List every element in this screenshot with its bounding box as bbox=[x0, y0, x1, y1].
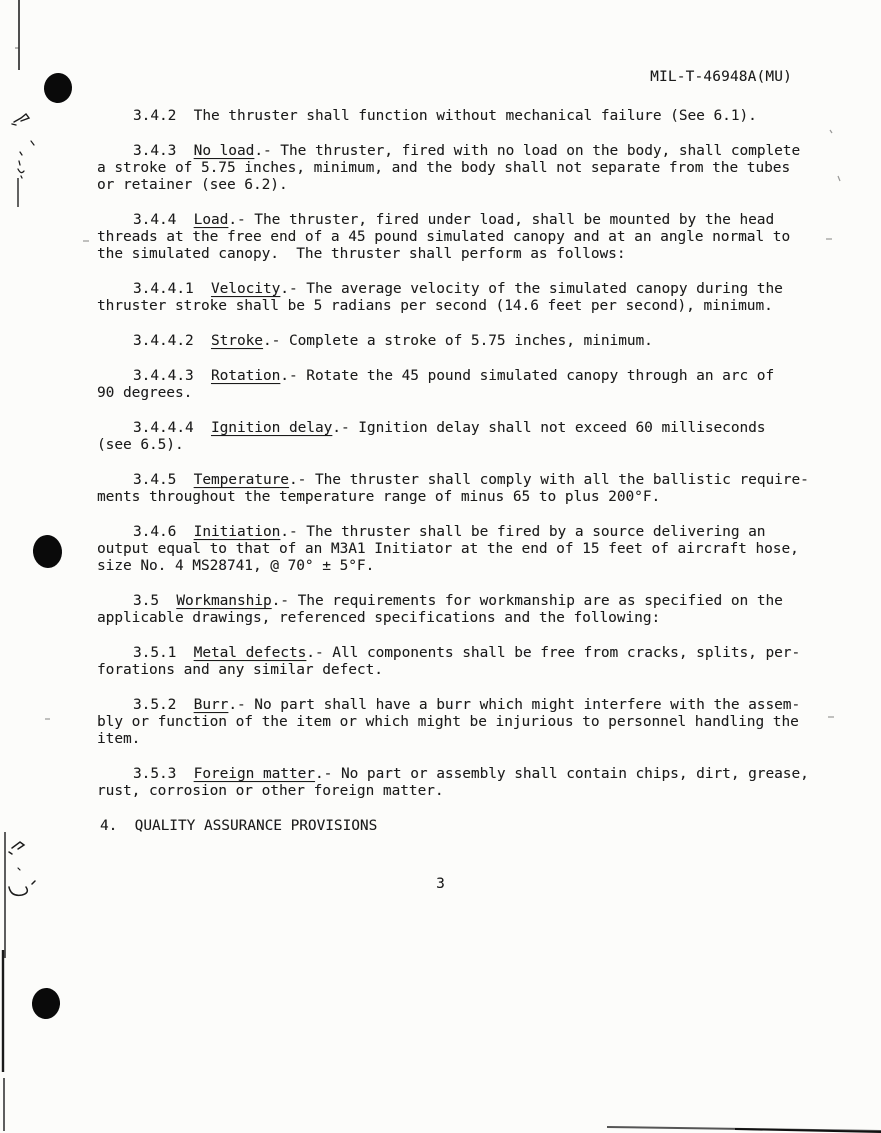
paragraph-title: Burr bbox=[194, 697, 229, 713]
paragraph-title: Stroke bbox=[211, 333, 263, 349]
paragraph-number: 3.5.1 bbox=[133, 645, 194, 661]
paragraph-3-5-3: 3.5.3 Foreign matter.- No part or assemb… bbox=[97, 766, 857, 800]
paragraph-number: 3.5.2 bbox=[133, 697, 194, 713]
paragraph-title: Velocity bbox=[211, 281, 280, 297]
paragraph-3-4-4: 3.4.4 Load.- The thruster, fired under l… bbox=[97, 212, 857, 263]
paragraph-3-5: 3.5 Workmanship.- The requirements for w… bbox=[97, 593, 857, 627]
paragraph-number: 3.5 bbox=[133, 593, 176, 609]
paragraph-3-5-1: 3.5.1 Metal defects.- All components sha… bbox=[97, 645, 857, 679]
paragraph-3-4-2: 3.4.2 The thruster shall function withou… bbox=[97, 108, 857, 125]
scan-edge-line bbox=[607, 1127, 881, 1131]
handwritten-mark bbox=[18, 868, 20, 870]
paragraph-title: Initiation bbox=[194, 524, 281, 540]
document-page: MIL-T-46948A(MU) 3.4.2 The thruster shal… bbox=[0, 0, 881, 1133]
handwritten-mark bbox=[31, 141, 34, 145]
paragraph-number: 3.4.4 bbox=[133, 212, 194, 228]
punch-hole-top bbox=[42, 71, 74, 105]
paragraph-3-4-4-3: 3.4.4.3 Rotation.- Rotate the 45 pound s… bbox=[97, 368, 857, 402]
paragraph-3-4-4-2: 3.4.4.2 Stroke.- Complete a stroke of 5.… bbox=[97, 333, 857, 350]
paragraph-3-4-4-1: 3.4.4.1 Velocity.- The average velocity … bbox=[97, 281, 857, 315]
paragraph-title: Workmanship bbox=[176, 593, 271, 609]
paragraph-3-4-5: 3.4.5 Temperature.- The thruster shall c… bbox=[97, 472, 857, 506]
paragraph-title: No load bbox=[194, 143, 255, 159]
handwritten-mark bbox=[9, 842, 24, 854]
paragraph-number: 3.4.4.4 bbox=[133, 420, 211, 436]
handwritten-mark bbox=[12, 114, 29, 125]
paragraph-number: 3.4.6 bbox=[133, 524, 194, 540]
paragraph-number: 3.4.5 bbox=[133, 472, 194, 488]
paragraph-title: Temperature bbox=[194, 472, 289, 488]
paragraph-3-4-4-4: 3.4.4.4 Ignition delay.- Ignition delay … bbox=[97, 420, 857, 454]
paragraph-number: 3.4.4.3 bbox=[133, 368, 211, 384]
paragraph-title: Rotation bbox=[211, 368, 280, 384]
paragraph-title: Load bbox=[194, 212, 229, 228]
punch-hole-bottom bbox=[31, 987, 62, 1020]
paragraph-3-4-6: 3.4.6 Initiation.- The thruster shall be… bbox=[97, 524, 857, 575]
page-number: 3 bbox=[0, 876, 881, 892]
handwritten-mark bbox=[18, 152, 24, 178]
paragraph-number: 3.4.4.1 bbox=[133, 281, 211, 297]
paragraph-text: The thruster shall function without mech… bbox=[194, 108, 757, 124]
paragraph-number: 3.4.3 bbox=[133, 143, 194, 159]
section-title: QUALITY ASSURANCE PROVISIONS bbox=[135, 818, 378, 834]
paragraph-title: Foreign matter bbox=[194, 766, 315, 782]
paragraph-text: .- Complete a stroke of 5.75 inches, min… bbox=[263, 333, 653, 349]
document-number: MIL-T-46948A(MU) bbox=[650, 69, 792, 85]
paragraph-title: Metal defects bbox=[194, 645, 307, 661]
paragraph-number: 3.4.2 bbox=[133, 108, 194, 124]
document-body: 3.4.2 The thruster shall function withou… bbox=[97, 108, 857, 835]
paragraph-3-4-3: 3.4.3 No load.- The thruster, fired with… bbox=[97, 143, 857, 194]
paragraph-number: 3.5.3 bbox=[133, 766, 194, 782]
section-heading-4: 4. QUALITY ASSURANCE PROVISIONS bbox=[97, 818, 857, 835]
paragraph-title: Ignition delay bbox=[211, 420, 332, 436]
paragraph-number: 3.4.4.2 bbox=[133, 333, 211, 349]
scan-edge-line bbox=[735, 1129, 881, 1132]
paragraph-3-5-2: 3.5.2 Burr.- No part shall have a burr w… bbox=[97, 697, 857, 748]
punch-hole-middle bbox=[31, 534, 63, 570]
section-number: 4. bbox=[100, 818, 135, 834]
